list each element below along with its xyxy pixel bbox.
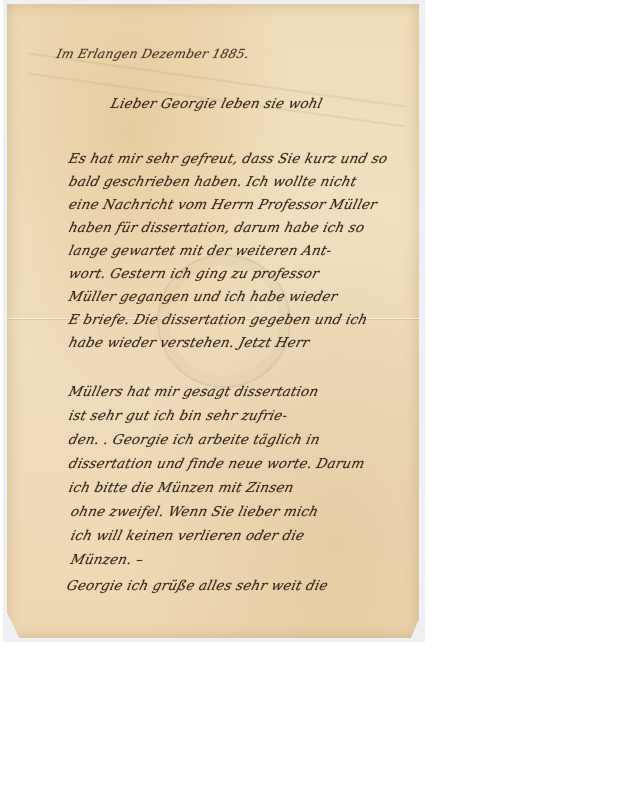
letter-line: Münzen. – — [7, 552, 485, 568]
letter-line: ich will keinen verlieren oder die — [7, 528, 485, 544]
letter-line: ist sehr gut ich bin sehr zufrie- — [7, 408, 483, 424]
letter-line: wort. Gestern ich ging zu professor — [7, 266, 483, 282]
letter-place-date: Im Erlangen Dezember 1885. — [7, 46, 471, 61]
letter-line: ohne zweifel. Wenn Sie lieber mich — [7, 504, 485, 520]
letter-line: E briefe. Die dissertation gegeben und i… — [7, 312, 483, 328]
letter-line: ich bitte die Münzen mit Zinsen — [7, 480, 483, 496]
letter-line: eine Nachricht vom Herrn Professor Mülle… — [7, 197, 483, 213]
letter-line: Georgie ich grüße alles sehr weit die — [7, 578, 481, 594]
letter-line: Müllers hat mir gesagt dissertation — [7, 384, 483, 400]
letter-line: lange gewartet mit der weiteren Ant- — [7, 243, 483, 259]
letter-line: habe wieder verstehen. Jetzt Herr — [7, 335, 483, 351]
letter-line: bald geschrieben haben. Ich wollte nicht — [7, 174, 483, 190]
letter-line: haben für dissertation, darum habe ich s… — [7, 220, 483, 236]
letter-line: Es hat mir sehr gefreut, dass Sie kurz u… — [7, 151, 483, 167]
letter-salutation: Lieber Georgie leben sie wohl — [7, 96, 525, 112]
letter-line: dissertation und finde neue worte. Darum — [7, 456, 483, 472]
letter-page: Im Erlangen Dezember 1885. Lieber Georgi… — [7, 4, 419, 638]
letter-line: den. . Georgie ich arbeite täglich in — [7, 432, 483, 448]
letter-line: Müller gegangen und ich habe wieder — [7, 289, 483, 305]
